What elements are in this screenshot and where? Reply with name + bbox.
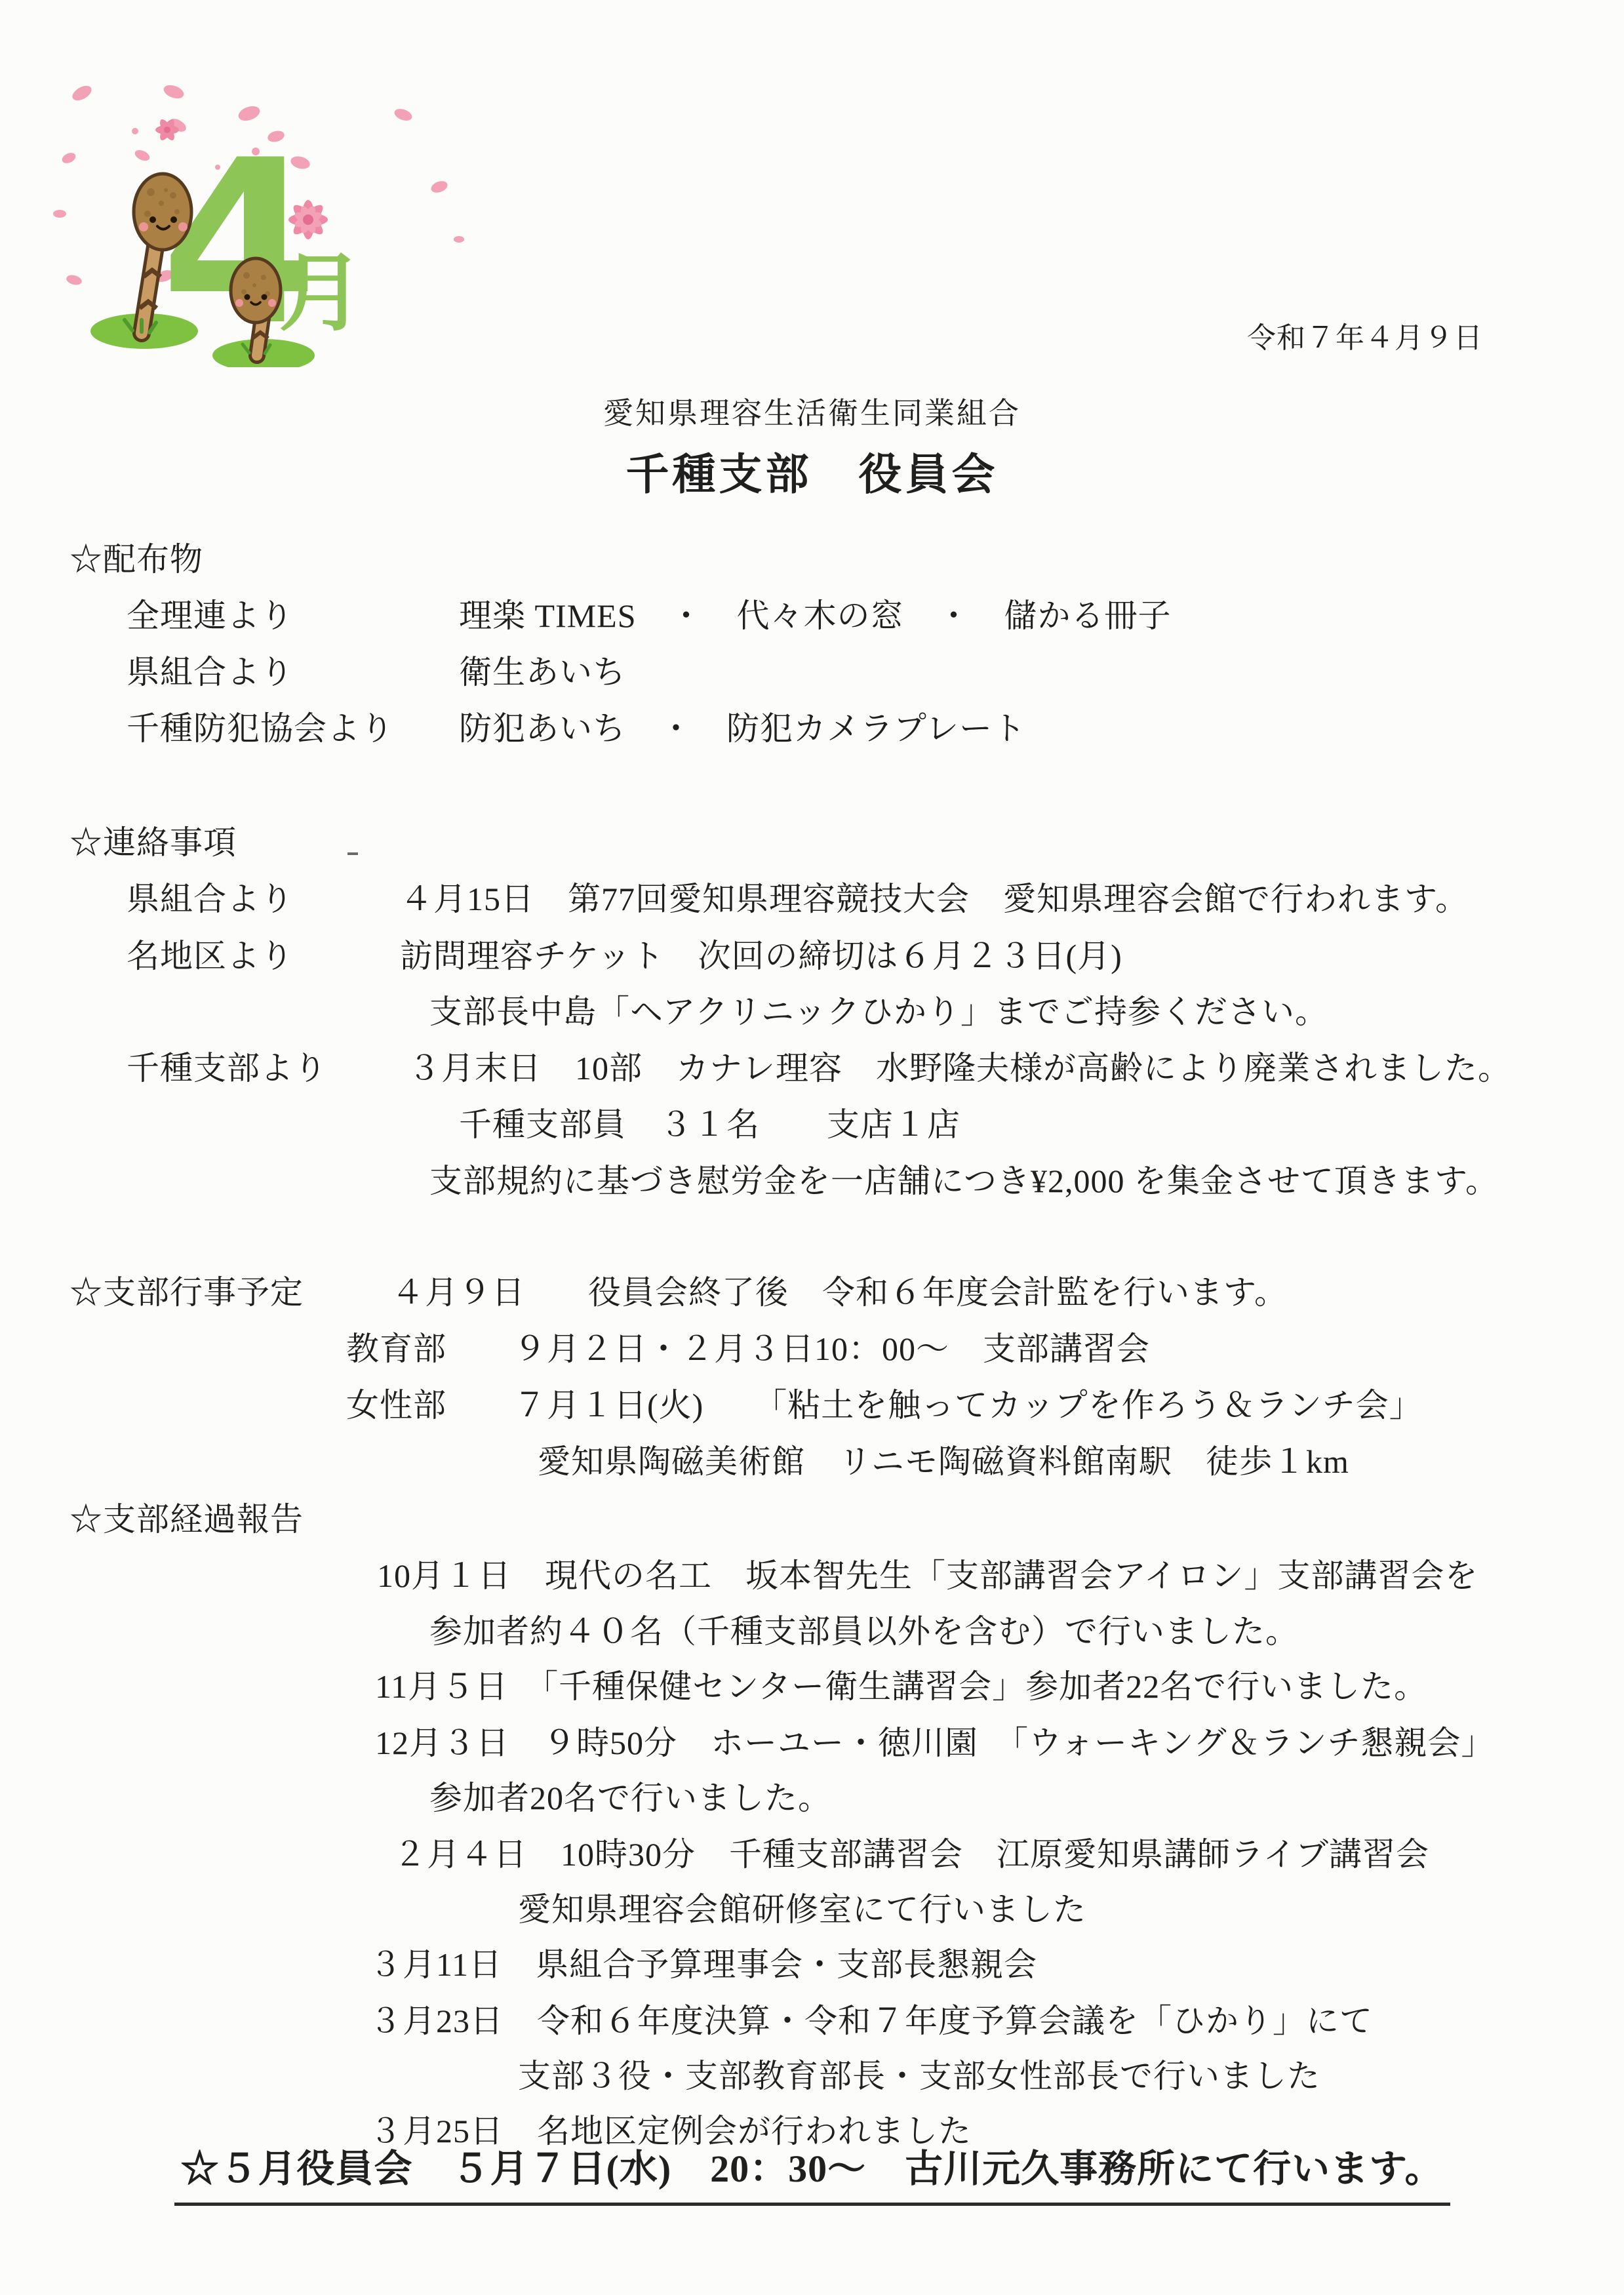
progress-heading: ☆支部経過報告 xyxy=(69,1499,304,1540)
notices-row-value: 千種支部員 ３１名 支店１店 xyxy=(459,1104,961,1146)
schedule-date: ４月９日 xyxy=(391,1272,525,1313)
progress-entry: ３月11日 県組合予算理事会・支部長懇親会 xyxy=(369,1944,1037,1986)
notices-row-label: 県組合より xyxy=(127,879,294,920)
schedule-line: 教育部 ９月２日・２月３日10：00～ 支部講習会 xyxy=(346,1328,1150,1370)
scan-artifact-dash xyxy=(347,852,358,855)
progress-entry: 12月３日 ９時50分 ホーユー・徳川園 「ウォーキング＆ランチ懇親会」 xyxy=(375,1723,1495,1764)
notices-row-value: 支部規約に基づき慰労金を一店舗につき¥2,000 を集金させて頂きます。 xyxy=(429,1161,1499,1202)
next-meeting-announcement: ☆５月役員会 ５月７日(水) 20：30～ 古川元久事務所にて行います。 xyxy=(174,2145,1450,2206)
progress-entry: 愛知県理容会館研修室にて行いました xyxy=(518,1889,1086,1930)
progress-entry: 参加者約４０名（千種支部員以外を含む）で行いました。 xyxy=(429,1611,1299,1652)
page-title: 千種支部 役員会 xyxy=(0,449,1624,503)
notices-row-label: 千種支部より xyxy=(127,1048,327,1089)
progress-entry: ２月４日 10時30分 千種支部講習会 江原愛知県講師ライブ講習会 xyxy=(393,1834,1429,1875)
month-kanji: 月 xyxy=(279,243,364,343)
progress-entry: 11月５日 「千種保健センター衛生講習会」参加者22名で行いました。 xyxy=(375,1666,1427,1707)
document-date: 令和７年４月９日 xyxy=(1247,320,1483,356)
distribution-row-label: 県組合より xyxy=(127,652,294,693)
organization-name: 愛知県理容生活衛生同業組合 xyxy=(0,395,1624,433)
schedule-text: 役員会終了後 令和６年度会計監を行います。 xyxy=(588,1272,1288,1313)
distribution-row-label: 千種防犯協会より xyxy=(127,708,394,749)
schedule-line: 愛知県陶磁美術館 リニモ陶磁資料館南駅 徒歩１km xyxy=(538,1441,1349,1483)
schedule-line: 女性部 ７月１日(火) 「粘土を触ってカップを作ろう＆ランチ会」 xyxy=(346,1385,1423,1426)
scanned-notice-page: 4 月 xyxy=(0,0,1624,2295)
progress-entry: 支部３役・支部教育部長・支部女性部長で行いました xyxy=(518,2056,1320,2097)
notices-row-value: ４月15日 第77回愛知県理容競技大会 愛知県理容会館で行われます。 xyxy=(400,879,1469,920)
distribution-row-label: 全理連より xyxy=(127,595,294,637)
distribution-row-value: 防犯あいち ・ 防犯カメラプレート xyxy=(459,708,1026,749)
notices-row-value: ３月末日 10部 カナレ理容 水野隆夫様が高齢により廃業されました。 xyxy=(408,1048,1511,1089)
notices-row-label: 名地区より xyxy=(127,936,294,977)
schedule-heading: ☆支部行事予定 xyxy=(69,1272,304,1313)
notices-row-value: 支部長中島「ヘアクリニックひかり」までご持参ください。 xyxy=(429,991,1328,1033)
distribution-row-value: 衛生あいち xyxy=(459,652,626,693)
progress-entry: 参加者20名で行いました。 xyxy=(429,1778,831,1819)
april-illustration: 4 月 xyxy=(46,52,498,367)
notices-row-value: 訪問理容チケット 次回の締切は６月２３日(月) xyxy=(400,936,1122,977)
progress-entry: 10月１日 現代の名工 坂本智先生「支部講習会アイロン」支部講習会を xyxy=(377,1555,1478,1597)
distribution-heading: ☆配布物 xyxy=(69,539,203,580)
progress-entry: ３月23日 令和６年度決算・令和７年度予算会議を「ひかり」にて xyxy=(369,2001,1373,2042)
distribution-row-value: 理楽 TIMES ・ 代々木の窓 ・ 儲かる冊子 xyxy=(459,595,1172,637)
notices-heading: ☆連絡事項 xyxy=(69,822,237,864)
